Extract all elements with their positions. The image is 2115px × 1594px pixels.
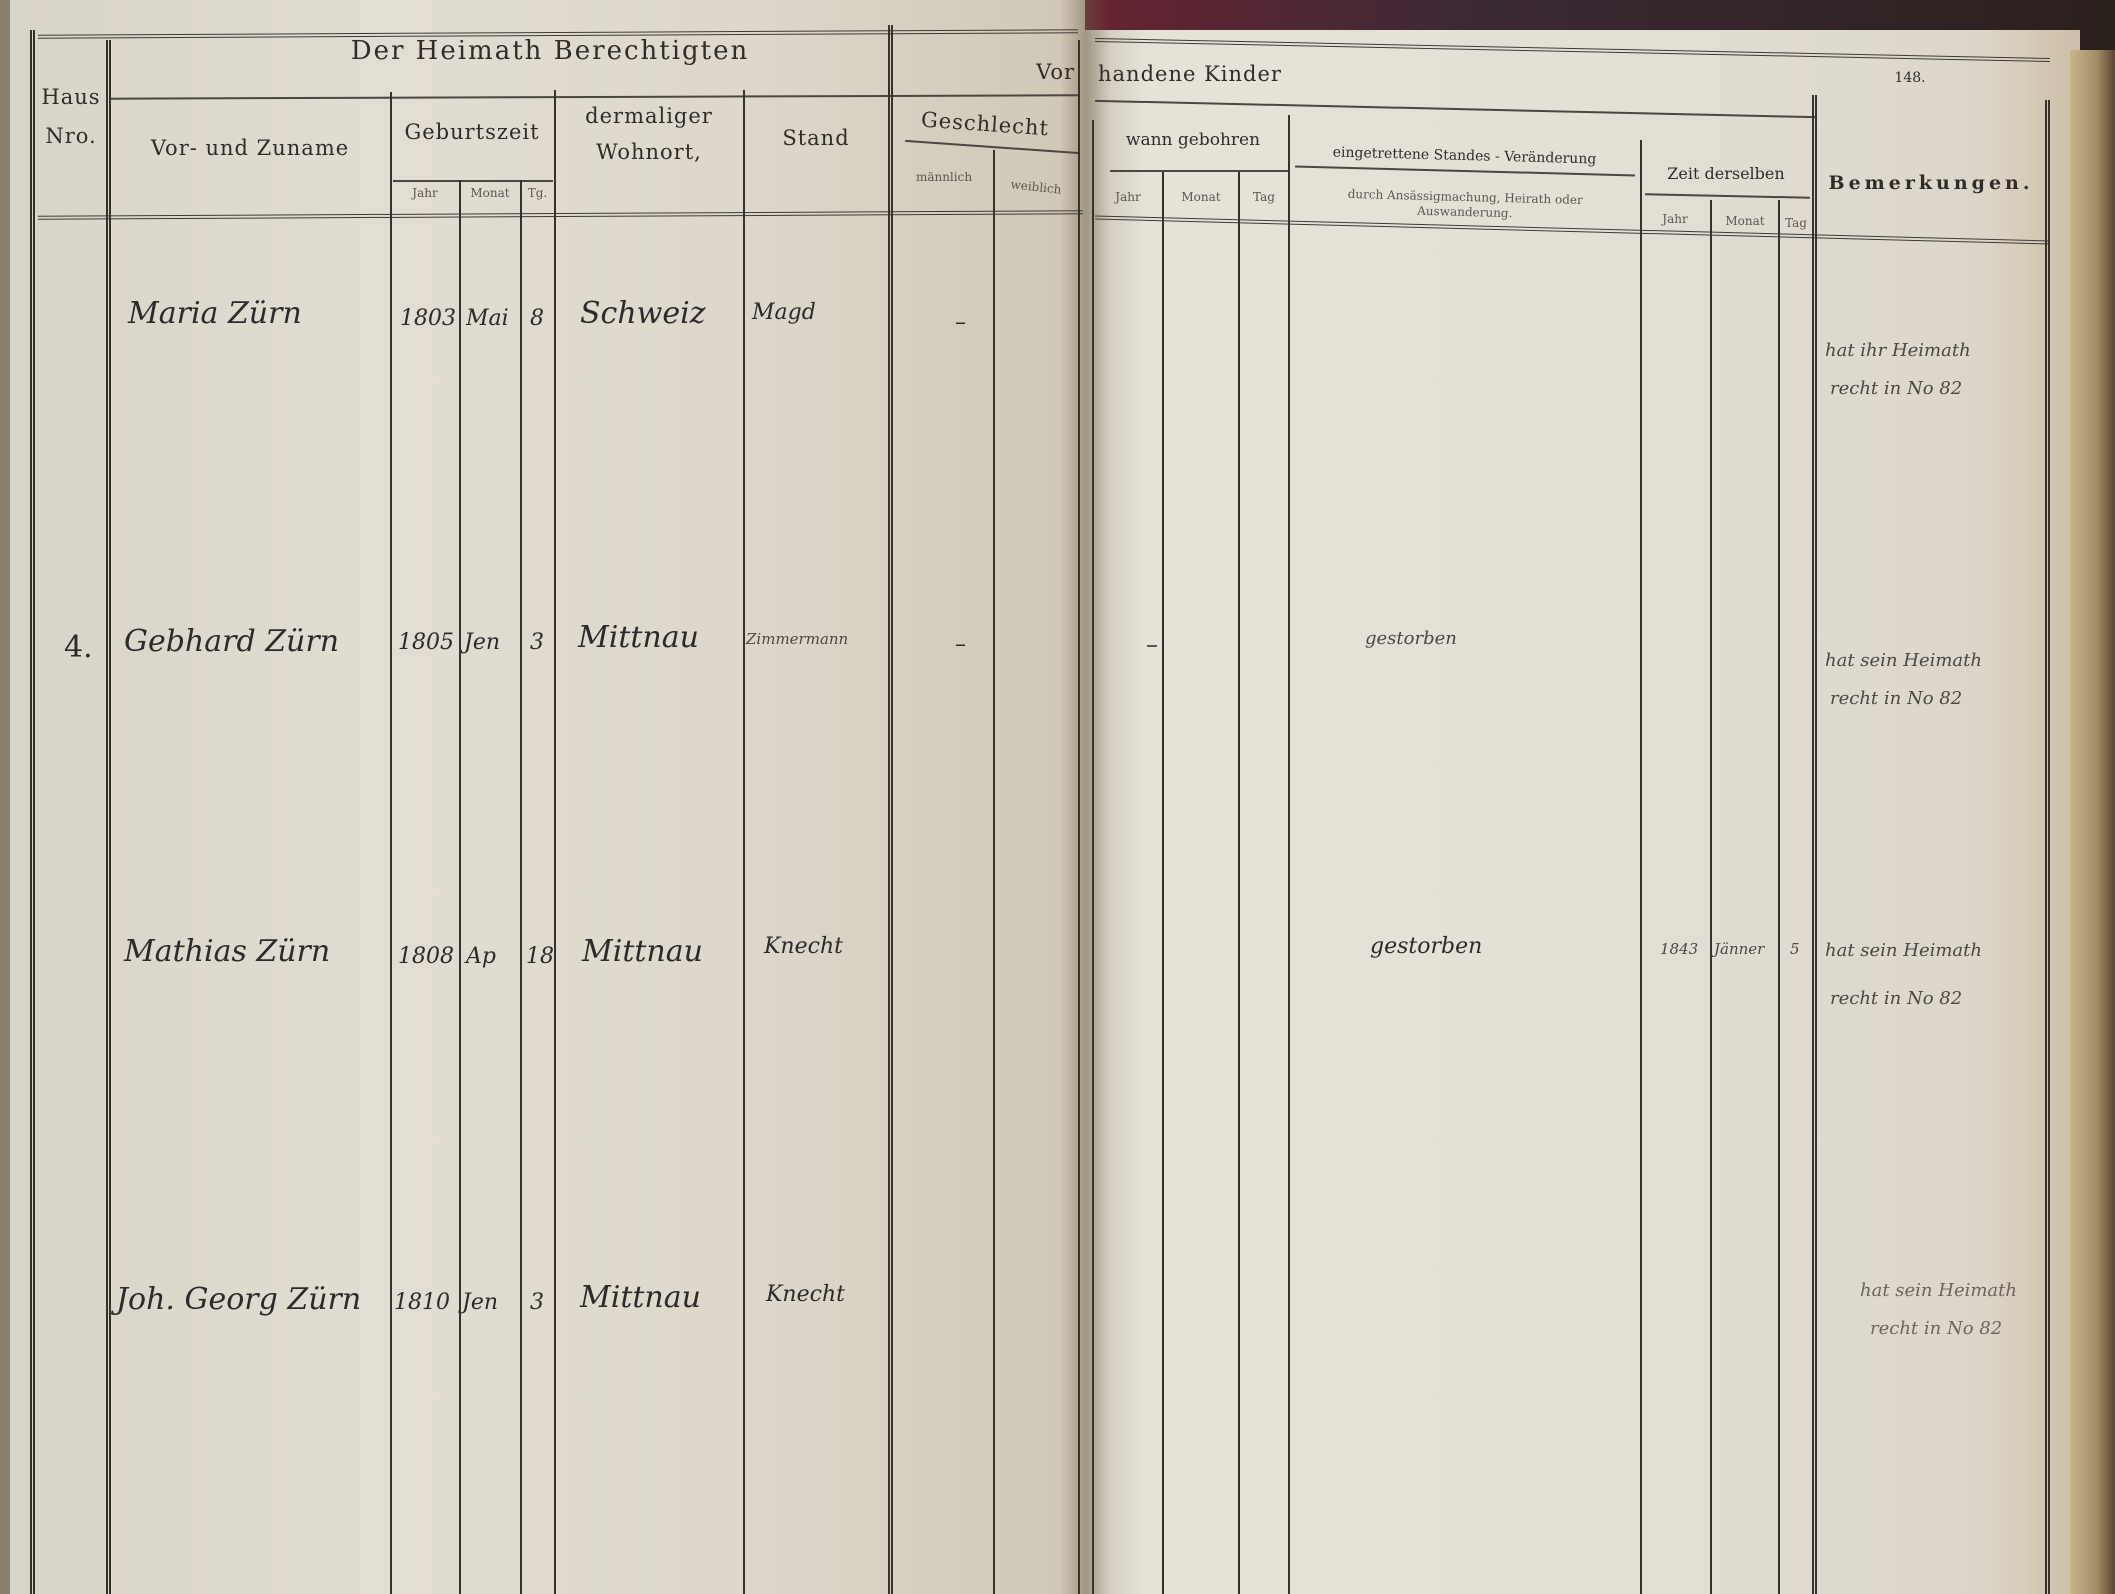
- header-zeit-tag: Tag: [1780, 216, 1812, 230]
- wann-gebohren-underline: [1110, 170, 1290, 172]
- header-wann-gebohren: wann gebohren: [1100, 130, 1286, 150]
- header-r-monat: Monat: [1164, 190, 1238, 204]
- header-title-right: handene Kinder: [1098, 62, 1318, 86]
- entry-remarks-line1: hat sein Heimath: [1825, 940, 1982, 961]
- entry-name: Maria Zürn: [128, 296, 302, 331]
- header-zeit-jahr: Jahr: [1642, 212, 1708, 226]
- entry-birth-year: 1805: [398, 630, 454, 655]
- col-rule-name: [390, 92, 392, 1594]
- header-maennlich: männlich: [896, 170, 992, 184]
- page-edge-stack: [2070, 50, 2115, 1594]
- entry-birth-month: Ap: [466, 944, 496, 969]
- entry-maennlich: –: [955, 632, 966, 657]
- header-stand: Stand: [745, 126, 887, 150]
- col-rule-monat: [520, 180, 522, 1594]
- header-geb-jahr: Jahr: [392, 186, 458, 200]
- header-r-jahr: Jahr: [1094, 190, 1162, 204]
- page-number: 148.: [1880, 70, 1940, 86]
- entry-wohnort: Mittnau: [578, 620, 699, 655]
- col-rule-stand: [888, 25, 893, 1594]
- entry-name: Gebhard Zürn: [124, 624, 339, 659]
- col-rule-zeit-tag: [1812, 95, 1817, 1594]
- left-outer-border: [30, 30, 35, 1594]
- entry-zeit-tag: 5: [1790, 940, 1800, 958]
- entry-birth-year: 1810: [394, 1290, 450, 1315]
- entry-birth-month: Jen: [464, 630, 500, 655]
- book-gutter: [1060, 0, 1110, 1594]
- header-title-vor: Vor: [1015, 60, 1075, 84]
- header-title-left: Der Heimath Berechtigten: [300, 36, 800, 66]
- col-rule-haus: [106, 40, 111, 1594]
- entry-name: Joh. Georg Zürn: [116, 1282, 361, 1317]
- header-r-tag: Tag: [1240, 190, 1288, 204]
- dash-mark: [1147, 645, 1157, 647]
- entry-birth-month: Mai: [466, 306, 509, 331]
- right-outer-border: [2045, 100, 2050, 1594]
- right-page: [1085, 30, 2080, 1594]
- header-bemerkungen: Bemerkungen.: [1818, 172, 2044, 194]
- header-dermaliger: dermaliger: [556, 104, 742, 128]
- entry-maennlich: –: [955, 310, 966, 335]
- entry-birth-day: 3: [530, 630, 544, 655]
- entry-remarks-line2: recht in No 82: [1870, 1318, 2002, 1339]
- header-wohnort: Wohnort,: [556, 140, 742, 164]
- entry-remarks-line1: hat ihr Heimath: [1825, 340, 1971, 361]
- entry-stand: Zimmermann: [746, 630, 848, 648]
- col-rule-zeit-jahr: [1710, 200, 1712, 1594]
- col-rule-r-tag: [1288, 115, 1290, 1594]
- header-geb-tag: Tg.: [521, 186, 554, 200]
- col-rule-standes: [1640, 140, 1642, 1594]
- entry-remarks-line1: hat sein Heimath: [1860, 1280, 2017, 1301]
- entry-birth-day: 8: [530, 306, 544, 331]
- entry-birth-day: 3: [530, 1290, 544, 1315]
- entry-name: Mathias Zürn: [124, 934, 330, 969]
- entry-birth-day: 18: [526, 944, 554, 969]
- entry-remarks-line1: hat sein Heimath: [1825, 650, 1982, 671]
- entry-wohnort: Schweiz: [580, 296, 706, 331]
- entry-zeit-monat: Jänner: [1714, 940, 1764, 958]
- col-rule-wohnort: [743, 90, 745, 1594]
- col-rule-jahr: [459, 180, 461, 1594]
- header-nro: Nro.: [36, 124, 106, 148]
- entry-remarks-line2: recht in No 82: [1830, 688, 1962, 709]
- entry-stand: Knecht: [764, 934, 843, 959]
- col-rule-zeit-monat: [1778, 200, 1780, 1594]
- header-name: Vor- und Zuname: [112, 136, 388, 160]
- header-haus: Haus: [36, 85, 106, 109]
- header-geburtszeit: Geburtszeit: [392, 120, 552, 144]
- entry-haus-nro: 4.: [64, 630, 93, 665]
- left-page: [0, 0, 1085, 1594]
- header-geb-monat: Monat: [460, 186, 520, 200]
- header-zeit-derselben: Zeit derselben: [1642, 164, 1810, 183]
- entry-standesveraenderung: gestorben: [1365, 628, 1457, 649]
- entry-birth-month: Jen: [462, 1290, 498, 1315]
- entry-stand: Magd: [752, 300, 816, 325]
- entry-birth-year: 1808: [398, 944, 454, 969]
- col-rule-weiblich: [1078, 40, 1080, 1594]
- entry-wohnort: Mittnau: [582, 934, 703, 969]
- entry-remarks-line2: recht in No 82: [1830, 988, 1962, 1009]
- col-rule-maennlich: [993, 150, 995, 1594]
- col-rule-r-jahr: [1162, 172, 1164, 1594]
- col-rule-tag: [554, 90, 556, 1594]
- entry-standesveraenderung: gestorben: [1370, 934, 1482, 959]
- right-inner-border: [1092, 120, 1094, 1594]
- entry-birth-year: 1803: [400, 306, 456, 331]
- col-rule-r-monat: [1238, 172, 1240, 1594]
- entry-remarks-line2: recht in No 82: [1830, 378, 1962, 399]
- header-zeit-monat: Monat: [1712, 214, 1778, 228]
- entry-stand: Knecht: [766, 1282, 845, 1307]
- entry-zeit-jahr: 1843: [1660, 940, 1698, 958]
- geburtszeit-underline: [393, 180, 553, 182]
- entry-wohnort: Mittnau: [580, 1280, 701, 1315]
